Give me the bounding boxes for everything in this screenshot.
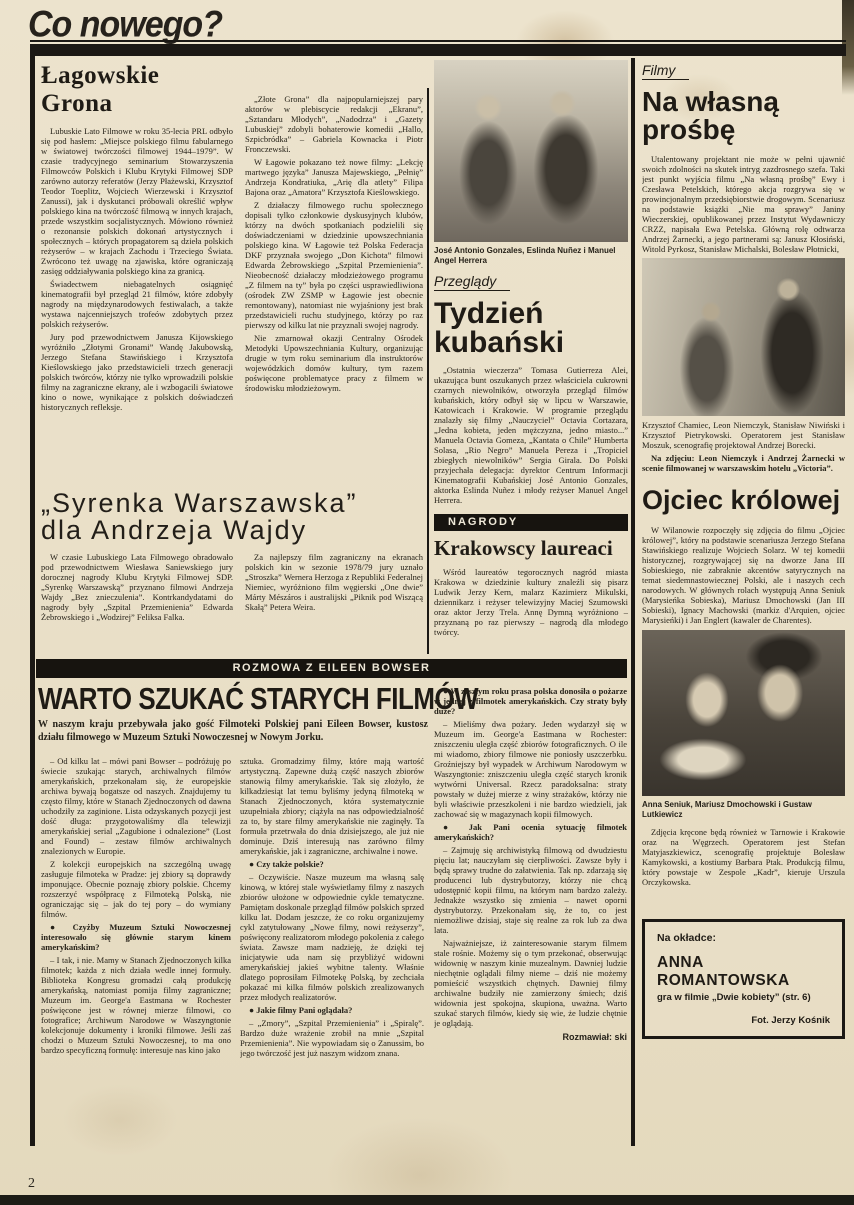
cover-box-film: gra w filmie „Dwie kobiety” (str. 6)	[657, 992, 830, 1003]
interview-byline: Rozmawiał: ski	[434, 1032, 627, 1042]
title-line1: Na własną	[642, 88, 845, 116]
photo-na-wlasna-prosbe	[642, 258, 845, 416]
article-lagowskie-column2: „Złote Grona” dla najpopularniejszej par…	[245, 94, 423, 486]
interview-answer: – „Zmory”, „Szpital Przemienienia” i „Sp…	[240, 1018, 424, 1058]
article-paragraph: W czasie Lubuskiego Lata Filmowego obrad…	[41, 552, 233, 622]
interview-kicker-bar: ROZMOWA Z EILEEN BOWSER	[36, 659, 627, 678]
section-bar-nagrody: NAGRODY	[434, 514, 628, 531]
page-number: 2	[28, 1176, 35, 1192]
cover-box-name: ANNA ROMANTOWSKA	[657, 954, 830, 990]
interview-column-2: sztuka. Gromadzimy filmy, które mają war…	[240, 756, 424, 1152]
article-paragraph: W Wilanowie rozpoczęły się zdjęcia do fi…	[642, 525, 845, 625]
article-paragraph: „Złote Grona” dla najpopularniejszej par…	[245, 94, 423, 154]
photo-caption: José Antonio Gonzales, Eslinda Nuñez i M…	[434, 246, 628, 265]
article-paragraph: Wśród laureatów tegorocznych nagród mias…	[434, 567, 628, 637]
cover-box-credit: Fot. Jerzy Kośnik	[657, 1015, 830, 1026]
article-paragraph: Nie zmarnował okazji Centralny Ośrodek M…	[245, 333, 423, 393]
article-paragraph: Zdjęcia kręcone będą również w Tarnowie …	[642, 827, 845, 887]
article-title-line1: „Syrenka Warszawska”	[41, 490, 441, 517]
column-cuban: José Antonio Gonzales, Eslinda Nuñez i M…	[434, 60, 628, 658]
article-paragraph: Świadectwem niebagatelnych osiągnięć kin…	[41, 279, 233, 329]
interview-answer: Najważniejsze, iż zainteresowanie starym…	[434, 938, 627, 1028]
article-syrenka-right: Za najlepszy film zagraniczny na ekranac…	[245, 552, 423, 656]
column-filmy: Filmy Na własną prośbę Utalentowany proj…	[642, 62, 845, 1146]
article-title-tydzien: Tydzień kubański	[434, 299, 628, 357]
bottom-bar	[0, 1195, 854, 1205]
interview-question: ● Czyżby Muzeum Sztuki Nowoczesnej inter…	[41, 922, 231, 952]
interview-answer: sztuka. Gromadzimy filmy, które mają war…	[240, 756, 424, 856]
interview-answer: – Zajmuję się archiwistyką filmową od dw…	[434, 845, 627, 935]
interview-answer: – Oczywiście. Nasze muzeum ma własną sal…	[240, 872, 424, 1002]
interview-answer: – Mieliśmy dwa pożary. Jeden wydarzył si…	[434, 719, 627, 819]
interview-question: ● W zeszłym roku prasa polska donosiła o…	[434, 686, 627, 716]
interview-column-1: – Od kilku lat – mówi pani Bowser – podr…	[41, 756, 231, 1152]
cover-box-label: Na okładce:	[657, 932, 830, 944]
magazine-page: Co nowego? Łagowskie Grona Lubuskie Lato…	[0, 0, 854, 1205]
top-bar	[30, 44, 846, 56]
article-title-na-wlasna: Na własną prośbę	[642, 88, 845, 144]
article-syrenka-title: „Syrenka Warszawska” dla Andrzeja Wajdy	[41, 490, 441, 544]
photo-caption: Anna Seniuk, Mariusz Dmochowski i Gustaw…	[642, 800, 845, 819]
column-divider-mid	[427, 88, 429, 654]
title-line2: kubański	[434, 328, 628, 357]
interview-answer: – Od kilku lat – mówi pani Bowser – podr…	[41, 756, 231, 856]
interview-column-3: ● W zeszłym roku prasa polska donosiła o…	[434, 686, 627, 1156]
column-divider-right	[631, 58, 635, 1146]
photo-caption-bold: Na zdjęciu: Leon Niemczyk i Andrzej Żarn…	[642, 453, 845, 473]
article-syrenka-left: W czasie Lubuskiego Lata Filmowego obrad…	[41, 552, 233, 656]
article-title-line2: dla Andrzeja Wajdy	[41, 517, 441, 544]
section-label-przeglady: Przeglądy	[434, 273, 510, 291]
interview-answer: – I tak, i nie. Mamy w Stanach Zjednoczo…	[41, 955, 231, 1055]
photo-ojciec-krolowej	[642, 630, 845, 796]
interview-question: ● Jakie filmy Pani oglądała?	[240, 1005, 424, 1015]
article-paragraph: W Łagowie pokazano też nowe filmy: „Lekc…	[245, 157, 423, 197]
left-border	[30, 44, 35, 1146]
article-title-krakowscy: Krakowscy laureaci	[434, 536, 628, 561]
section-label-filmy: Filmy	[642, 62, 689, 80]
article-title-ojciec: Ojciec królowej	[642, 485, 845, 516]
article-paragraph: Za najlepszy film zagraniczny na ekranac…	[245, 552, 423, 612]
article-title: Łagowskie Grona	[41, 62, 233, 118]
interview-question: ● Czy także polskie?	[240, 859, 424, 869]
interview-title: WARTO SZUKAĆ STARYCH FILMÓW	[38, 682, 478, 717]
interview-question: ● Jak Pani ocenia sytuację filmotek amer…	[434, 822, 627, 842]
interview-kicker: ROZMOWA Z EILEEN BOWSER	[233, 662, 431, 674]
article-paragraph: Z działaczy filmowego ruchu społecznego …	[245, 200, 423, 330]
article-paragraph: Jury pod przewodnictwem Janusza Kijowski…	[41, 332, 233, 412]
section-bar-label: NAGRODY	[448, 516, 518, 528]
interview-intro: W naszym kraju przebywała jako gość Film…	[38, 718, 428, 744]
top-thin-rule	[30, 40, 846, 42]
article-paragraph: Utalentowany projektant nie może w pełni…	[642, 154, 845, 254]
photo-caption-names: Krzysztof Chamiec, Leon Niemczyk, Stanis…	[642, 420, 845, 450]
article-paragraph: „Ostatnia wieczerza” Tomasa Gutierreza A…	[434, 365, 628, 505]
article-lagowskie-grona: Łagowskie Grona Lubuskie Lato Filmowe w …	[41, 62, 233, 490]
photo-cuban-delegation	[434, 60, 628, 242]
cover-box: Na okładce: ANNA ROMANTOWSKA gra w filmi…	[642, 919, 845, 1039]
title-line2: prośbę	[642, 116, 845, 144]
article-paragraph: Lubuskie Lato Filmowe w roku 35-lecia PR…	[41, 126, 233, 276]
title-line1: Tydzień	[434, 299, 628, 328]
interview-answer: Z kolekcji europejskich na szczególną uw…	[41, 859, 231, 919]
